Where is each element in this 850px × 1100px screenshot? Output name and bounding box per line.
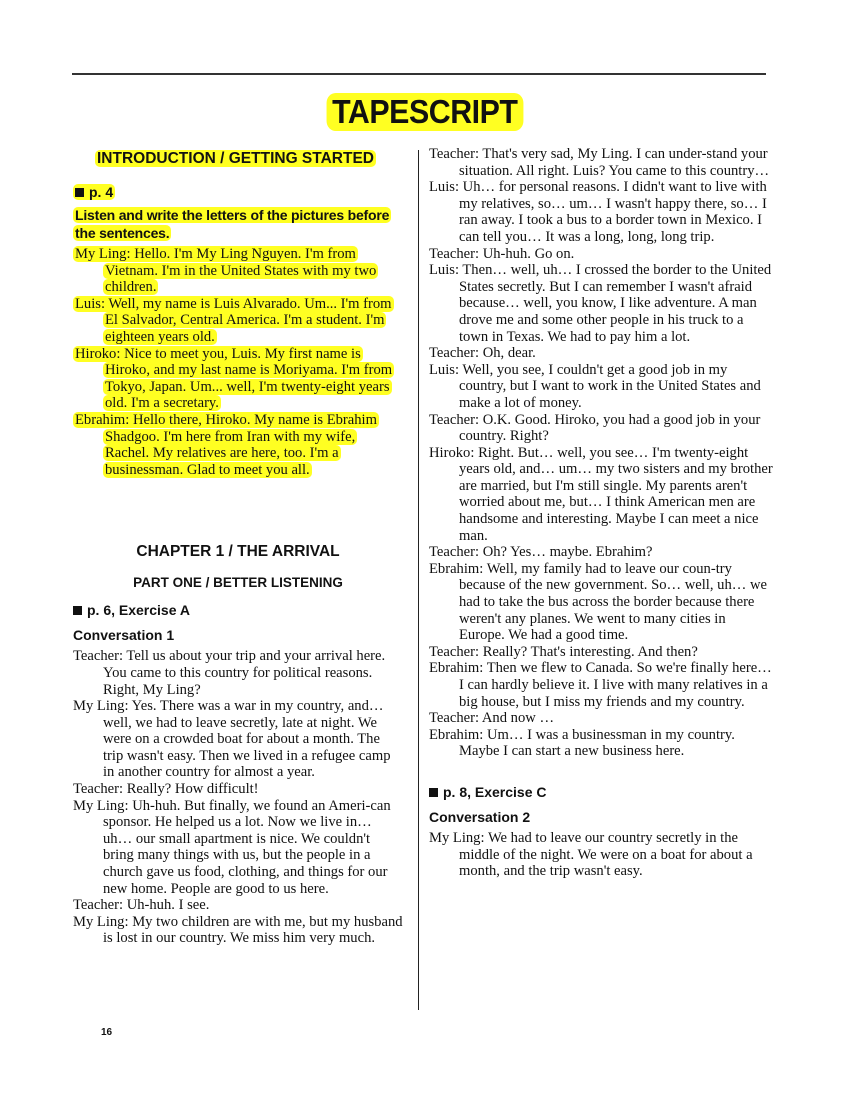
- square-bullet-icon: [75, 188, 84, 197]
- dialog-line: Ebrahim: Then we flew to Canada. So we'r…: [429, 660, 774, 710]
- exercise-a-label: p. 6, Exercise A: [73, 600, 403, 620]
- dialog-line: Luis: Well, my name is Luis Alvarado. Um…: [73, 296, 403, 346]
- conversation-1-label: Conversation 1: [73, 626, 403, 644]
- right-column: Teacher: That's very sad, My Ling. I can…: [429, 146, 774, 880]
- chapter-heading: CHAPTER 1 / THE ARRIVAL: [73, 542, 403, 562]
- dialog-line: Hiroko: Nice to meet you, Luis. My first…: [73, 346, 403, 412]
- dialog-line: Teacher: Really? That's interesting. And…: [429, 644, 774, 661]
- dialog-line: Luis: Then… well, uh… I crossed the bord…: [429, 262, 774, 345]
- top-rule: [72, 73, 766, 75]
- dialog-line: Teacher: Tell us about your trip and you…: [73, 648, 403, 698]
- intro-heading: INTRODUCTION / GETTING STARTED: [95, 148, 403, 170]
- title-wrap: TAPESCRIPT: [0, 93, 850, 131]
- intro-instruction: Listen and write the letters of the pict…: [73, 206, 403, 242]
- conversation-2-label: Conversation 2: [429, 808, 774, 826]
- page-title: TAPESCRIPT: [327, 93, 523, 131]
- dialog-line: Teacher: And now …: [429, 710, 774, 727]
- dialog-line: Teacher: Really? How difficult!: [73, 781, 403, 798]
- dialog-line: My Ling: Hello. I'm My Ling Nguyen. I'm …: [73, 246, 403, 296]
- dialog-line: Teacher: O.K. Good. Hiroko, you had a go…: [429, 412, 774, 445]
- dialog-line: Teacher: Oh? Yes… maybe. Ebrahim?: [429, 544, 774, 561]
- dialog-line: My Ling: Uh-huh. But finally, we found a…: [73, 798, 403, 898]
- dialog-line: Teacher: Oh, dear.: [429, 345, 774, 362]
- square-bullet-icon: [73, 606, 82, 615]
- intro-exercise-label: p. 4: [73, 182, 403, 202]
- intro-dialog: My Ling: Hello. I'm My Ling Nguyen. I'm …: [73, 246, 403, 478]
- dialog-line: Ebrahim: Um… I was a businessman in my c…: [429, 727, 774, 760]
- dialog-line: My Ling: Yes. There was a war in my coun…: [73, 698, 403, 781]
- dialog-line: Luis: Well, you see, I couldn't get a go…: [429, 362, 774, 412]
- dialog-line: Ebrahim: Well, my family had to leave ou…: [429, 561, 774, 644]
- dialog-line: Teacher: That's very sad, My Ling. I can…: [429, 146, 774, 179]
- dialog-line: Teacher: Uh-huh. I see.: [73, 897, 403, 914]
- dialog-line: My Ling: My two children are with me, bu…: [73, 914, 403, 947]
- part-heading: PART ONE / BETTER LISTENING: [73, 574, 403, 592]
- column-divider: [418, 150, 419, 1010]
- page-number: 16: [101, 1027, 112, 1038]
- dialog-line: Teacher: Uh-huh. Go on.: [429, 246, 774, 263]
- dialog-line: Hiroko: Right. But… well, you see… I'm t…: [429, 445, 774, 545]
- dialog-line: My Ling: We had to leave our country sec…: [429, 830, 774, 880]
- dialog-line: Ebrahim: Hello there, Hiroko. My name is…: [73, 412, 403, 478]
- exercise-c-label: p. 8, Exercise C: [429, 782, 774, 802]
- square-bullet-icon: [429, 788, 438, 797]
- left-column: INTRODUCTION / GETTING STARTED p. 4 List…: [73, 146, 403, 947]
- dialog-line: Luis: Uh… for personal reasons. I didn't…: [429, 179, 774, 245]
